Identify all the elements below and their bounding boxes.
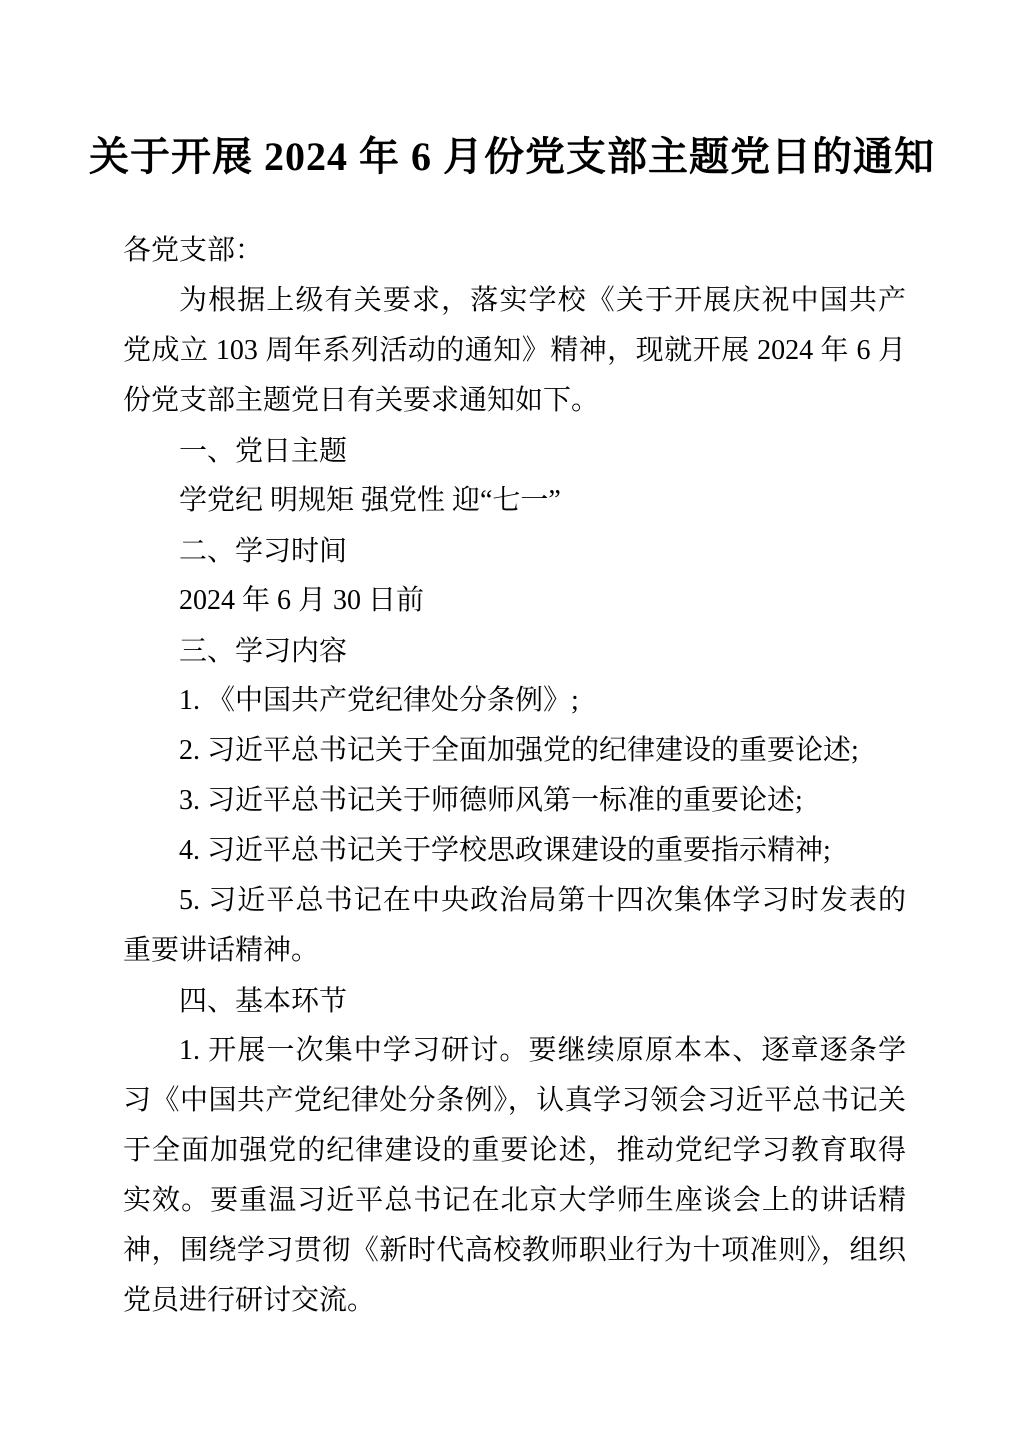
section-heading: 一、党日主题	[123, 426, 906, 476]
paragraph: 2024 年 6 月 30 日前	[123, 576, 906, 626]
paragraph: 1. 开展一次集中学习研讨。要继续原原本本、逐章逐条学习《中国共产党纪律处分条例…	[123, 1026, 906, 1326]
paragraph: 为根据上级有关要求，落实学校《关于开展庆祝中国共产党成立 103 周年系列活动的…	[123, 276, 906, 426]
section-heading: 二、学习时间	[123, 526, 906, 576]
document-page: 关于开展 2024 年 6 月份党支部主题党日的通知 各党支部：为根据上级有关要…	[0, 0, 1024, 1448]
paragraph: 各党支部：	[123, 226, 906, 276]
section-heading: 四、基本环节	[123, 976, 906, 1026]
document-title: 关于开展 2024 年 6 月份党支部主题党日的通知	[58, 131, 966, 183]
paragraph: 2. 习近平总书记关于全面加强党的纪律建设的重要论述;	[123, 726, 906, 776]
document-body: 各党支部：为根据上级有关要求，落实学校《关于开展庆祝中国共产党成立 103 周年…	[123, 226, 906, 1326]
paragraph: 学党纪 明规矩 强党性 迎“七一”	[123, 476, 906, 526]
section-heading: 三、学习内容	[123, 626, 906, 676]
paragraph: 5. 习近平总书记在中央政治局第十四次集体学习时发表的重要讲话精神。	[123, 876, 906, 976]
paragraph: 4. 习近平总书记关于学校思政课建设的重要指示精神;	[123, 826, 906, 876]
paragraph: 3. 习近平总书记关于师德师风第一标准的重要论述;	[123, 776, 906, 826]
paragraph: 1. 《中国共产党纪律处分条例》;	[123, 676, 906, 726]
